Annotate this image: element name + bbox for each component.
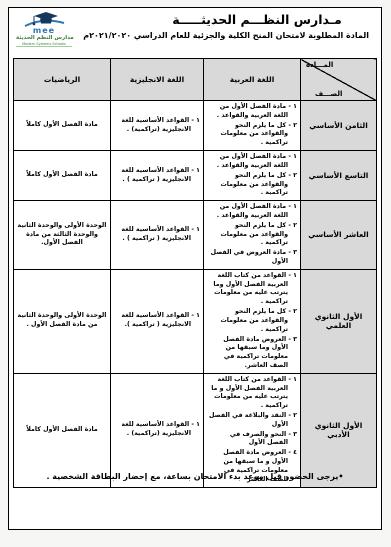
attendance-note: •يرجى الحضور قبل موعد بدء الامتحان بساعة… xyxy=(9,472,381,481)
arabic-cell: ١ - مادة الفصل الأول من اللغة العربية وا… xyxy=(204,151,301,201)
list-item: ٣ - مادة العروض في الفصل الأول xyxy=(207,249,297,267)
english-cell: ١ - القواعد الأساسية للغة الانجليزية ( ت… xyxy=(111,269,204,373)
table-row: العاشر الأساسي ١ - مادة الفصل الأول من ا… xyxy=(14,201,377,270)
arabic-cell: ١ - مادة الفصل الأول من اللغة العربية وا… xyxy=(204,201,301,270)
math-cell: مادة الفصل الأول كاملاً xyxy=(14,373,111,487)
math-cell: الوحدة الأولى والوحدة الثانية والوحدة ال… xyxy=(14,201,111,270)
table-row: الأول الثانوي العلمي ١ - القواعد من كتاب… xyxy=(14,269,377,373)
grade-cell: الثامن الأساسي xyxy=(301,101,377,151)
english-cell: ١ - القواعد الأساسية للغة الانجليزية ( ت… xyxy=(111,201,204,270)
list-item: ١ - القواعد الأساسية للغة الانجليزية ( ت… xyxy=(114,167,200,185)
page-title: مـدارس النظـــم الحديثـــــة xyxy=(105,12,369,27)
english-cell: ١ - القواعد الأساسية للغة الانجليزية (تر… xyxy=(111,373,204,487)
page-subtitle: المادة المطلوبة لامتحان المنح الكلية وال… xyxy=(105,31,369,40)
grade-cell: الأول الثانوي العلمي xyxy=(301,269,377,373)
table-row: التاسع الأساسي ١ - مادة الفصل الأول من ا… xyxy=(14,151,377,201)
list-item: ٢ - كل ما يلزم النحو والقواعد من معلومات… xyxy=(207,222,297,248)
arabic-cell: ١ - مادة الفصل الأول من اللغة العربية وا… xyxy=(204,101,301,151)
arabic-cell: ١ - القواعد من كتاب اللغة العربية الفصل … xyxy=(204,373,301,487)
grade-cell: الأول الثانوي الأدبي xyxy=(301,373,377,487)
table-row: الثامن الأساسي ١ - مادة الفصل الأول من ا… xyxy=(14,101,377,151)
list-item: ١ - القواعد من كتاب اللغة العربية الفصل … xyxy=(207,272,297,307)
table-row: الأول الثانوي الأدبي ١ - القواعد من كتاب… xyxy=(14,373,377,487)
list-item: ٣ - النحو والصرف في الفصل الأول xyxy=(207,431,297,449)
logo-school-name-english: Modern Systems Schools xyxy=(16,42,72,47)
arabic-cell: ١ - القواعد من كتاب اللغة العربية الفصل … xyxy=(204,269,301,373)
list-item: ١ - القواعد الأساسية للغة الانجليزية (تر… xyxy=(114,421,200,439)
math-cell: الوحدة الأولى والوحدة الثانية من مادة ال… xyxy=(14,269,111,373)
math-cell: مادة الفصل الأول كاملاً xyxy=(14,151,111,201)
exam-material-table: المـــادة الصـــف اللغة العربية اللغة ال… xyxy=(13,58,377,488)
corner-material-label: المـــادة xyxy=(306,61,333,69)
english-cell: ١ - القواعد الأساسية للغة الانجليزية (تر… xyxy=(111,101,204,151)
header: مـدارس النظـــم الحديثـــــة المادة المط… xyxy=(105,12,369,40)
column-header-math: الرياضيات xyxy=(14,59,111,101)
grade-cell: التاسع الأساسي xyxy=(301,151,377,201)
list-item: ١ - القواعد الأساسية للغة الانجليزية ( ت… xyxy=(114,226,200,244)
list-item: ٢ - النقد والبلاغة في الفصل الأول xyxy=(207,412,297,430)
list-item: ٢ - كل ما يلزم النحو والقواعد من معلومات… xyxy=(207,172,297,198)
list-item: ١ - مادة الفصل الأول من اللغة العربية وا… xyxy=(207,153,297,171)
math-cell: مادة الفصل الأول كاملاً xyxy=(14,101,111,151)
logo-school-name-arabic: مدارس النظم الحديثة xyxy=(16,35,72,41)
list-item: ١ - القواعد من كتاب اللغة العربية الفصل … xyxy=(207,376,297,411)
table-header-row: المـــادة الصـــف اللغة العربية اللغة ال… xyxy=(14,59,377,101)
document-page: mee مدارس النظم الحديثة Modern Systems S… xyxy=(8,7,382,530)
column-header-arabic: اللغة العربية xyxy=(204,59,301,101)
column-header-english: اللغة الانجليزية xyxy=(111,59,204,101)
list-item: ١ - القواعد الأساسية للغة الانجليزية (تر… xyxy=(114,117,200,135)
list-item: ٢ - كل ما يلزم النحو والقواعد من معلومات… xyxy=(207,122,297,148)
corner-diagonal-cell: المـــادة الصـــف xyxy=(301,59,377,101)
grade-cell: العاشر الأساسي xyxy=(301,201,377,270)
list-item: ١ - القواعد الأساسية للغة الانجليزية ( ت… xyxy=(114,312,200,330)
english-cell: ١ - القواعد الأساسية للغة الانجليزية ( ت… xyxy=(111,151,204,201)
list-item: ٢ - كل ما يلزم النحو والقواعد من معلومات… xyxy=(207,308,297,334)
list-item: ٣ - العروض مادة الفصل الأول وما سبقها من… xyxy=(207,336,297,371)
list-item: ١ - مادة الفصل الأول من اللغة العربية وا… xyxy=(207,203,297,221)
list-item: ١ - مادة الفصل الأول من اللغة العربية وا… xyxy=(207,103,297,121)
school-logo: mee مدارس النظم الحديثة Modern Systems S… xyxy=(16,11,72,47)
corner-grade-label: الصـــف xyxy=(315,90,342,98)
